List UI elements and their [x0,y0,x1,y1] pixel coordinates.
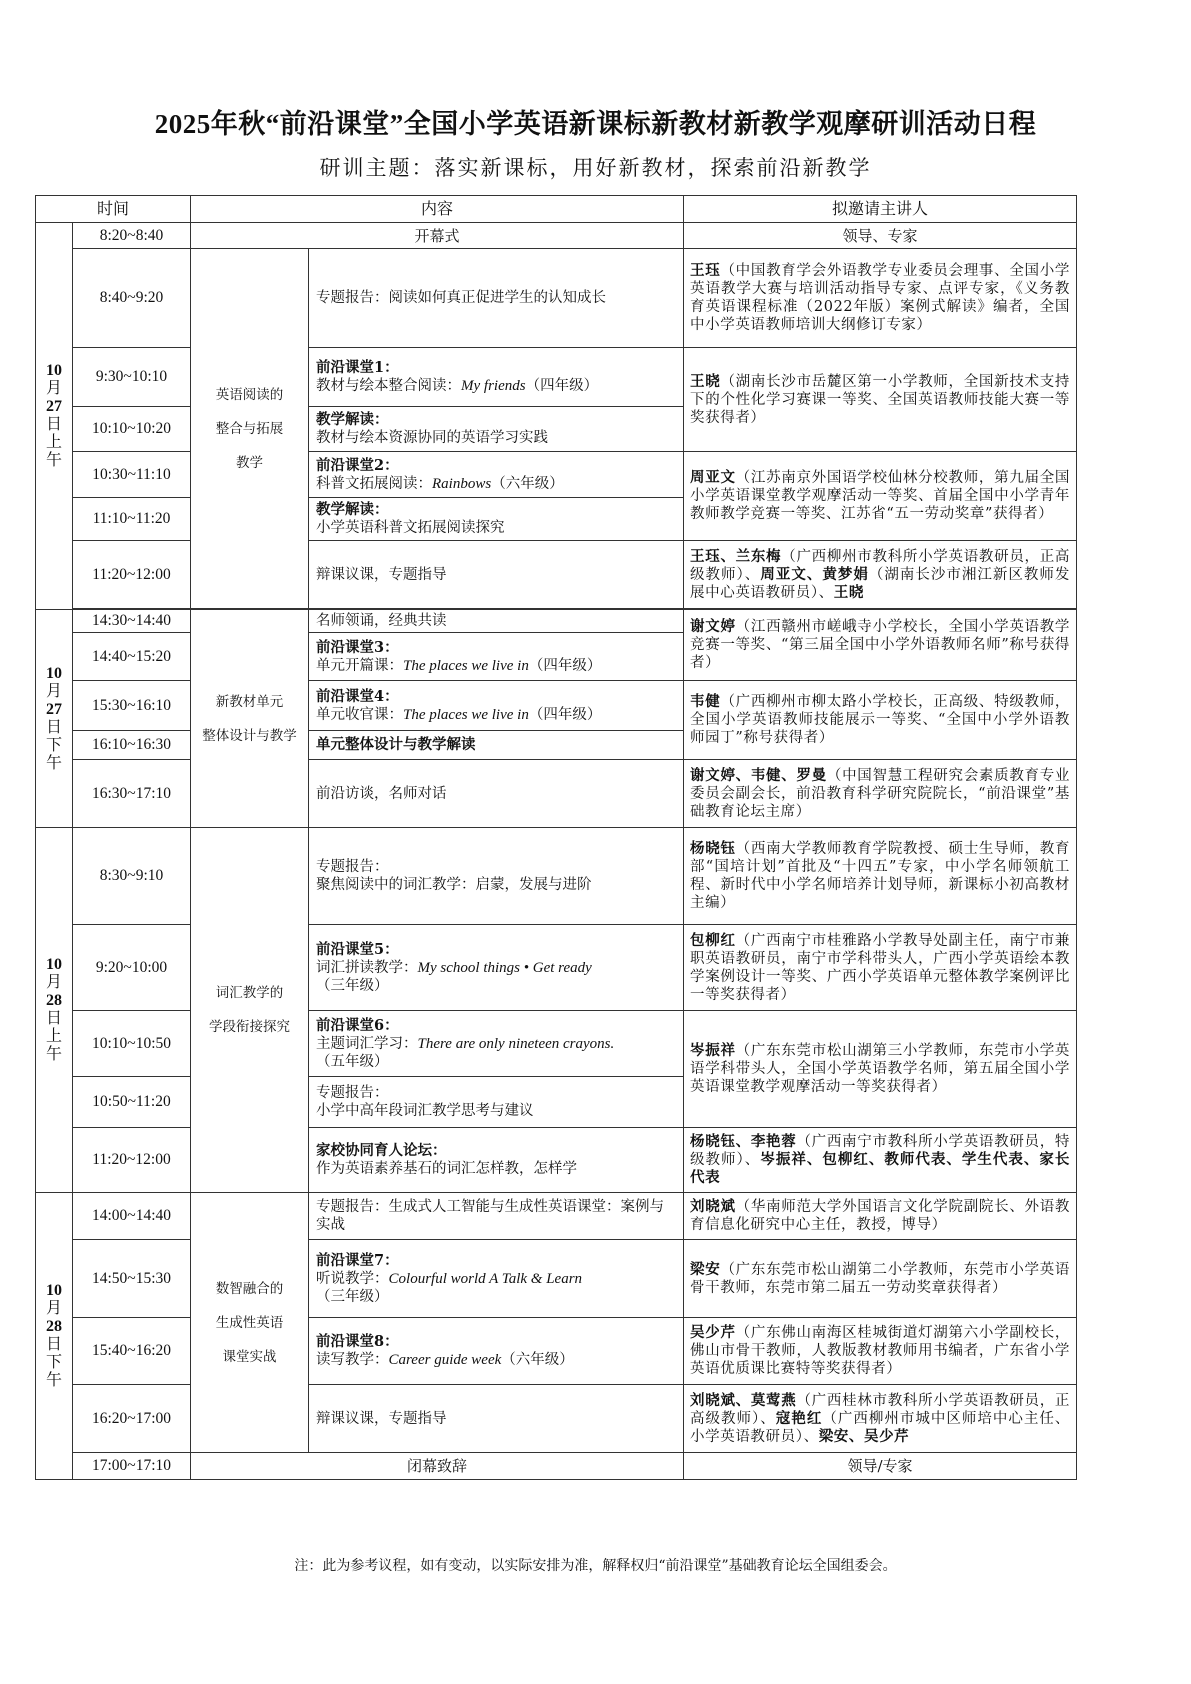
content-title: 前沿课堂3： [316,639,676,657]
content-cell: 专题报告：生成式人工智能与生成性英语课堂：案例与实战 [309,1193,684,1240]
date-month-label: 月 [36,1300,72,1318]
content-desc: 读写教学： [316,1352,389,1368]
content-cell: 前沿课堂5：词汇拼读教学：My school things • Get read… [309,925,684,1011]
content-title: 专题报告： [316,858,676,876]
lesson-title-en: My school things • Get ready [418,960,592,976]
date-day-label: 日 [36,719,72,737]
content-desc: 教材与绘本资源协同的英语学习实践 [316,430,548,446]
speaker-cell: 领导/专家 [684,1453,1077,1480]
content-cell: 前沿课堂2：科普文拓展阅读：Rainbows（六年级） [309,452,684,498]
grade-label: （四年级） [526,378,599,394]
time-cell: 14:30~14:40 [73,610,191,633]
date-month: 10 [36,665,72,683]
table-header-row: 时间 内容 拟邀请主讲人 [36,196,1077,223]
content-desc: 教材与绘本整合阅读： [316,378,461,394]
speaker-name: 刘晓斌、莫莺燕 [690,1392,796,1409]
time-cell: 9:30~10:10 [73,348,191,407]
speaker-cell: 杨晓钰（西南大学教师教育学院教授、硕士生导师，教育部“国培计划”首批及“十四五”… [684,828,1077,925]
date-month-label: 月 [36,683,72,701]
speaker-cell: 刘晓斌（华南师范大学外国语言文化学院副院长、外语教育信息化研究中心主任，教授，博… [684,1193,1077,1240]
date-month: 10 [36,956,72,974]
column-header-speaker: 拟邀请主讲人 [684,196,1077,223]
content-desc: 科普文拓展阅读： [316,476,432,492]
content-desc: 单元开篇课： [316,658,403,674]
speaker-desc: （广西南宁市桂雅路小学教导处副主任，南宁市兼职英语教研员，南宁市学科带头人，广西… [690,933,1070,1003]
time-cell: 16:30~17:10 [73,760,191,828]
date-month-label: 月 [36,974,72,992]
date-cell: 10 月 28 日 上 午 [36,828,73,1193]
theme-cell: 英语阅读的 整合与拓展 教学 [191,249,309,609]
content-desc: 主题词汇学习： [316,1036,418,1052]
content-desc: 小学中高年段词汇教学思考与建议 [316,1103,534,1119]
date-day: 28 [36,992,72,1010]
closing-speech: 闭幕致辞 [191,1453,684,1480]
speaker-name: 王晓 [690,373,720,390]
time-cell: 9:20~10:00 [73,925,191,1011]
speaker-cell: 杨晓钰、李艳蓉（广西南宁市教科所小学英语教研员，特级教师）、岑振祥、包柳红、教师… [684,1128,1077,1193]
time-cell: 8:20~8:40 [73,223,191,249]
speaker-cell: 周亚文（江苏南京外国语学校仙林分校教师，第九届全国小学英语课堂教学观摩活动一等奖… [684,452,1077,541]
date-half: 午 [36,755,72,773]
content-cell: 前沿课堂4：单元收官课：The places we live in（四年级） [309,681,684,731]
lesson-title-en: My friends [461,378,526,394]
content-title: 前沿课堂6： [316,1017,676,1035]
time-cell: 17:00~17:10 [73,1453,191,1480]
theme-line: 数智融合的 [198,1272,301,1306]
grade-label: （六年级） [491,476,564,492]
content-cell: 前沿课堂1：教材与绘本整合阅读：My friends（四年级） [309,348,684,407]
speaker-cell: 王珏、兰东梅（广西柳州市教科所小学英语教研员，正高级教师）、周亚文、黄梦娟（湖南… [684,541,1077,609]
speaker-cell: 梁安（广东东莞市松山湖第二小学教师，东莞市小学英语骨干教师，东莞市第二届五一劳动… [684,1240,1077,1318]
speaker-cell: 包柳红（广西南宁市桂雅路小学教导处副主任，南宁市兼职英语教研员，南宁市学科带头人… [684,925,1077,1011]
lesson-title-en: The places we live in [403,707,529,723]
time-cell: 10:50~11:20 [73,1077,191,1128]
theme-line: 词汇教学的 [198,976,301,1010]
content-cell: 教学解读：教材与绘本资源协同的英语学习实践 [309,407,684,452]
speaker-name: 王珏 [690,262,720,279]
grade-label: （六年级） [501,1352,574,1368]
theme-cell: 新教材单元 整体设计与教学 [191,610,309,828]
speaker-name: 梁安 [690,1261,720,1278]
speaker-desc: （广东东莞市松山湖第三小学教师，东莞市小学英语学科带头人，全国小学英语教学名师，… [690,1043,1070,1095]
table-row: 8:40~9:20 英语阅读的 整合与拓展 教学 专题报告：阅读如何真正促进学生… [36,249,1077,348]
speaker-name: 梁安、吴少芹 [819,1428,910,1445]
speaker-desc: （华南师范大学外国语言文化学院副院长、外语教育信息化研究中心主任，教授，博导） [690,1199,1070,1233]
time-cell: 10:30~11:10 [73,452,191,498]
date-half: 午 [36,452,72,470]
speaker-name: 周亚文 [690,469,736,486]
speaker-name: 岑振祥 [690,1042,736,1059]
content-title: 前沿课堂5： [316,941,676,959]
content-desc: 单元收官课： [316,707,403,723]
theme-line: 课堂实战 [198,1340,301,1374]
time-cell: 16:10~16:30 [73,731,191,760]
content-title: 专题报告： [316,1084,676,1102]
time-cell: 15:30~16:10 [73,681,191,731]
content-cell: 教学解读：小学英语科普文拓展阅读探究 [309,498,684,541]
content-title: 前沿课堂8： [316,1333,676,1351]
date-half: 上 [36,1028,72,1046]
content-cell: 专题报告：聚焦阅读中的词汇教学：启蒙，发展与进阶 [309,828,684,925]
theme-line: 整合与拓展 [198,412,301,446]
lesson-title-en: Career guide week [389,1352,502,1368]
table-row: 10 月 28 日 上 午 8:30~9:10 词汇教学的 学段衔接探究 专题报… [36,828,1077,925]
schedule-table: 时间 内容 拟邀请主讲人 10 月 27 日 上 午 8:20~8:40 开幕式… [35,195,1077,1480]
date-day-label: 日 [36,1010,72,1028]
speaker-name: 韦健 [690,693,720,710]
theme-line: 英语阅读的 [198,378,301,412]
content-title: 前沿课堂2： [316,457,676,475]
speaker-desc: （江苏南京外国语学校仙林分校教师，第九届全国小学英语课堂教学观摩活动一等奖、首届… [690,470,1070,522]
content-cell: 专题报告：阅读如何真正促进学生的认知成长 [309,249,684,348]
time-cell: 14:50~15:30 [73,1240,191,1318]
theme-line: 教学 [198,446,301,480]
time-cell: 10:10~10:50 [73,1011,191,1077]
date-month: 10 [36,362,72,380]
speaker-desc: （西南大学教师教育学院教授、硕士生导师，教育部“国培计划”首批及“十四五”专家，… [690,841,1070,911]
date-day-label: 日 [36,416,72,434]
content-title: 前沿课堂1： [316,359,676,377]
time-cell: 8:30~9:10 [73,828,191,925]
content-desc: 小学英语科普文拓展阅读探究 [316,520,505,536]
content-desc: 作为英语素养基石的词汇怎样教，怎样学 [316,1161,577,1177]
theme-cell: 词汇教学的 学段衔接探究 [191,828,309,1193]
content-title: 教学解读： [316,411,676,429]
grade-label: （三年级） [316,977,676,995]
content-desc: 阅读如何真正促进学生的认知成长 [389,290,607,306]
speaker-name: 刘晓斌 [690,1198,736,1215]
content-cell: 辩课议课，专题指导 [309,541,684,609]
speaker-name: 周亚文、黄梦娟 [760,566,869,583]
content-cell: 名师领诵，经典共读 [309,610,684,633]
column-header-content: 内容 [191,196,684,223]
content-title: 专题报告： [316,290,389,306]
date-cell: 10 月 27 日 上 午 [36,223,73,610]
date-cell: 10 月 28 日 下 午 [36,1193,73,1480]
date-half: 下 [36,737,72,755]
content-cell: 前沿课堂7：听说教学：Colourful world A Talk & Lear… [309,1240,684,1318]
speaker-name: 王珏、兰东梅 [690,548,781,565]
speaker-name: 王晓 [834,584,864,601]
theme-line: 新教材单元 [198,685,301,719]
time-cell: 11:20~12:00 [73,1128,191,1193]
speaker-name: 谢文婷 [690,618,736,635]
content-desc: 词汇拼读教学： [316,960,418,976]
speaker-name: 谢文婷、韦健、罗曼 [690,767,827,784]
speaker-cell: 王晓（湖南长沙市岳麓区第一小学教师，全国新技术支持下的个性化学习赛课一等奖、全国… [684,348,1077,452]
speaker-desc: （中国教育学会外语教学专业委员会理事、全国小学英语教学大赛与培训活动指导专家、点… [690,263,1070,333]
speaker-cell: 刘晓斌、莫莺燕（广西桂林市教科所小学英语教研员，正高级教师）、寇艳红（广西柳州市… [684,1385,1077,1453]
grade-label: （三年级） [316,1288,676,1306]
date-cell: 10 月 27 日 下 午 [36,610,73,828]
time-cell: 10:10~10:20 [73,407,191,452]
content-title: 前沿课堂4： [316,688,676,706]
content-cell: 前沿课堂3：单元开篇课：The places we live in（四年级） [309,633,684,681]
date-day: 28 [36,1318,72,1336]
time-cell: 11:10~11:20 [73,498,191,541]
date-month-label: 月 [36,380,72,398]
speaker-cell: 谢文婷（江西赣州市嵯峨寺小学校长，全国小学英语教学竞赛一等奖、“第三届全国中小学… [684,610,1077,681]
page-subtitle: 研训主题：落实新课标，用好新教材，探索前沿新教学 [0,152,1191,182]
date-half: 下 [36,1354,72,1372]
speaker-desc: （广东东莞市松山湖第二小学教师，东莞市小学英语骨干教师，东莞市第二届五一劳动奖章… [690,1262,1070,1296]
lesson-title-en: The places we live in [403,658,529,674]
speaker-desc: （广西柳州市柳太路小学校长，正高级、特级教师，全国小学英语教师技能展示一等奖、“… [690,694,1070,746]
lesson-title-en: Colourful world A Talk & Learn [389,1271,583,1287]
table-row: 10 月 28 日 下 午 14:00~14:40 数智融合的 生成性英语 课堂… [36,1193,1077,1240]
grade-label: （四年级） [529,707,602,723]
opening-ceremony: 开幕式 [191,223,684,249]
date-day-label: 日 [36,1336,72,1354]
time-cell: 16:20~17:00 [73,1385,191,1453]
grade-label: （四年级） [529,658,602,674]
column-header-time: 时间 [36,196,191,223]
speaker-cell: 吴少芹（广东佛山南海区桂城街道灯湖第六小学副校长，佛山市骨干教师，人教版教材教师… [684,1318,1077,1385]
speaker-name: 吴少芹 [690,1324,736,1341]
content-title: 前沿课堂7： [316,1252,676,1270]
date-half: 午 [36,1046,72,1064]
content-cell: 前沿访谈，名师对话 [309,760,684,828]
date-month: 10 [36,1282,72,1300]
time-cell: 8:40~9:20 [73,249,191,348]
date-half: 上 [36,434,72,452]
speaker-desc: （广东佛山南海区桂城街道灯湖第六小学副校长，佛山市骨干教师，人教版教材教师用书编… [690,1325,1070,1377]
speaker-name: 杨晓钰、李艳蓉 [690,1133,796,1150]
content-desc: 聚焦阅读中的词汇教学：启蒙，发展与进阶 [316,877,592,893]
content-title: 教学解读： [316,501,676,519]
grade-label: （五年级） [316,1053,676,1071]
page-title: 2025年秋“前沿课堂”全国小学英语新课标新教材新教学观摩研训活动日程 [0,102,1191,141]
content-cell: 辩课议课，专题指导 [309,1385,684,1453]
speaker-name: 杨晓钰 [690,840,736,857]
content-title: 专题报告： [316,1199,389,1215]
theme-cell: 数智融合的 生成性英语 课堂实战 [191,1193,309,1453]
theme-line: 学段衔接探究 [198,1010,301,1044]
date-day: 27 [36,701,72,719]
speaker-cell: 韦健（广西柳州市柳太路小学校长，正高级、特级教师，全国小学英语教师技能展示一等奖… [684,681,1077,760]
speaker-cell: 领导、专家 [684,223,1077,249]
theme-line: 整体设计与教学 [198,719,301,753]
lesson-title-en: There are only nineteen crayons. [418,1036,615,1052]
speaker-desc: （湖南长沙市岳麓区第一小学教师，全国新技术支持下的个性化学习赛课一等奖、全国英语… [690,374,1070,426]
content-cell: 专题报告：小学中高年段词汇教学思考与建议 [309,1077,684,1128]
content-cell: 前沿课堂6：主题词汇学习：There are only nineteen cra… [309,1011,684,1077]
content-desc: 听说教学： [316,1271,389,1287]
speaker-cell: 谢文婷、韦健、罗曼（中国智慧工程研究会素质教育专业委员会副会长，前沿教育科学研究… [684,760,1077,828]
date-half: 午 [36,1372,72,1390]
content-title: 家校协同育人论坛： [316,1142,676,1160]
time-cell: 11:20~12:00 [73,541,191,609]
theme-line: 生成性英语 [198,1306,301,1340]
time-cell: 14:40~15:20 [73,633,191,681]
content-cell: 单元整体设计与教学解读 [309,731,684,760]
speaker-name: 包柳红 [690,932,736,949]
time-cell: 14:00~14:40 [73,1193,191,1240]
content-cell: 家校协同育人论坛：作为英语素养基石的词汇怎样教，怎样学 [309,1128,684,1193]
content-cell: 前沿课堂8：读写教学：Career guide week（六年级） [309,1318,684,1385]
date-day: 27 [36,398,72,416]
speaker-cell: 王珏（中国教育学会外语教学专业委员会理事、全国小学英语教学大赛与培训活动指导专家… [684,249,1077,348]
speaker-name: 寇艳红 [776,1410,823,1427]
time-cell: 15:40~16:20 [73,1318,191,1385]
table-row: 10 月 27 日 上 午 8:20~8:40 开幕式 领导、专家 [36,223,1077,249]
speaker-desc: （江西赣州市嵯峨寺小学校长，全国小学英语教学竞赛一等奖、“第三届全国中小学外语教… [690,619,1070,671]
table-row: 17:00~17:10 闭幕致辞 领导/专家 [36,1453,1077,1480]
footer-note: 注：此为参考议程，如有变动，以实际安排为准，解释权归“前沿课堂”基础教育论坛全国… [0,1555,1191,1575]
speaker-cell: 岑振祥（广东东莞市松山湖第三小学教师，东莞市小学英语学科带头人，全国小学英语教学… [684,1011,1077,1128]
lesson-title-en: Rainbows [432,476,491,492]
table-row: 10 月 27 日 下 午 14:30~14:40 新教材单元 整体设计与教学 … [36,610,1077,633]
